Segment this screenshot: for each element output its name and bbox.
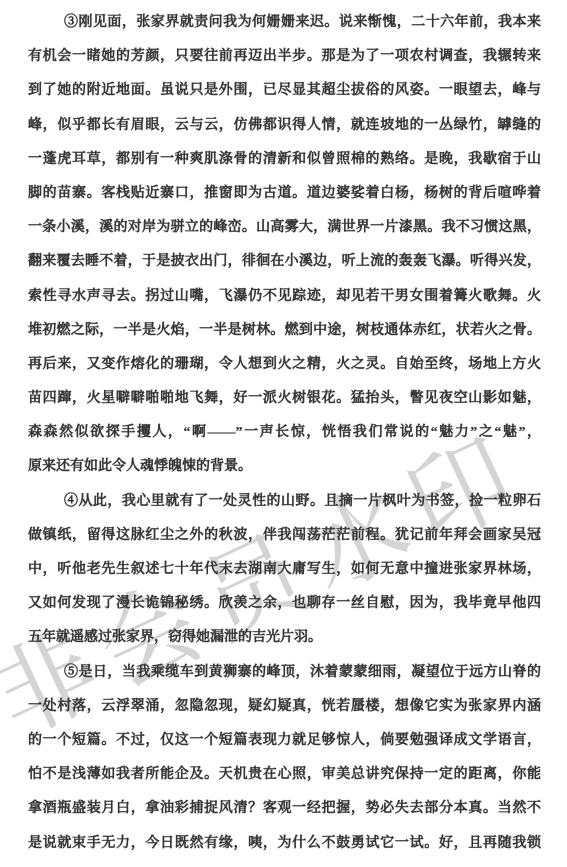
text-content: ③刚见面，张家界就责问我为何姗姗来迟。说来惭愧，二十六年前，我本来有机会一睹她的…: [0, 0, 567, 861]
text-line: 到了她的附近地面。虽说只是外围，已尽显其超尘拔俗的风姿。一眼望去，峰与: [28, 74, 541, 108]
text-line: 一蓬虎耳草，都别有一种爽肌涤骨的清新和似曾照棉的熟络。是晚，我歇宿于山: [28, 143, 541, 177]
text-line: 苗四蹿，火星噼噼啪啪地飞舞，好一派火树银花。猛抬头，瞥见夜空山影如魅，: [28, 382, 541, 416]
text-line: 再后来，又变作熔化的珊瑚，令人想到火之精，火之灵。自始至终，场地上方火: [28, 348, 541, 382]
text-line: 有机会一睹她的芳颜，只要往前再迈出半步。那是为了一项农村调查，我辗转来: [28, 40, 541, 74]
text-line: ⑤是日，当我乘缆车到黄狮寨的峰顶，沐着蒙蒙细雨，凝望位于远方山脊的: [28, 656, 541, 690]
document-page: 非会员水印 ③刚见面，张家界就责问我为何姗姗来迟。说来惭愧，二十六年前，我本来有…: [0, 0, 567, 867]
text-line: 怕不是浅薄如我者所能企及。天机贵在心照，审美总讲究保持一定的距离，你能: [28, 758, 541, 792]
text-line: 是说就束手无力，今日既然有缘，咦，为什么不鼓勇试它一试。好，且再随我锁: [28, 827, 541, 861]
text-line: 索性寻水声寻去。拐过山嘴，飞瀑仍不见踪迹，却见若干男女围着篝火歌舞。火: [28, 280, 541, 314]
text-line: 做镇纸，留得这脉红尘之外的秋波，伴我闯荡茫茫前程。犹记前年拜会画家吴冠: [28, 519, 541, 553]
text-line: 的一个短篇。不过，仅这一个短篇表现力就足够惊人，倘要勉强译成文学语言，: [28, 724, 541, 758]
text-line: 五年就遥感过张家界，窃得她漏泄的吉光片羽。: [28, 621, 541, 655]
text-line: 中，听他老先生叙述七十年代末去湖南大庸写生，如何无意中撞进张家界林场，: [28, 553, 541, 587]
text-line: 峰，似乎都长有眉眼，云与云，仿佛都识得人情，就连坡地的一丛绿竹，罅缝的: [28, 109, 541, 143]
text-line: 脚的苗寨。客栈贴近寨口，推窗即为古道。道边婆娑着白杨，杨树的背后喧哗着: [28, 177, 541, 211]
text-line: 又如何发现了漫长诡锦秘绣。欣羡之余，也聊存一丝自慰，因为，我毕竟早他四: [28, 587, 541, 621]
text-line: 拿酒瓶盛装月白，拿油彩捕捉风清？客观一经把握，势必失去部分本真。当然不: [28, 792, 541, 826]
text-line: 翻来覆去睡不着，于是披衣出门，徘徊在小溪边，听上流的轰轰飞瀑。听得兴发，: [28, 245, 541, 279]
text-line: ④从此，我心里就有了一处灵性的山野。且摘一片枫叶为书签，捡一粒卵石: [28, 485, 541, 519]
text-line: 堆初燃之际，一半是火焰，一半是树林。燃到中途，树枝通体赤红，状若火之骨。: [28, 314, 541, 348]
text-line: ③刚见面，张家界就责问我为何姗姗来迟。说来惭愧，二十六年前，我本来: [28, 6, 541, 40]
text-line: 一条小溪，溪的对岸为骈立的峰峦。山高雾大，满世界一片漆黑。我不习惯这黑，: [28, 211, 541, 245]
text-line: 原来还有如此令人魂悸魄悚的背景。: [28, 450, 541, 484]
text-line: 一处村落，云浮翠涌，忽隐忽现，疑幻疑真，恍若蜃楼，想像它实为张家界内涵: [28, 690, 541, 724]
text-line: 森森然似欲探手攫人，“啊——”一声长惊，恍悟我们常说的“魅力”之“魅”，: [28, 416, 541, 450]
